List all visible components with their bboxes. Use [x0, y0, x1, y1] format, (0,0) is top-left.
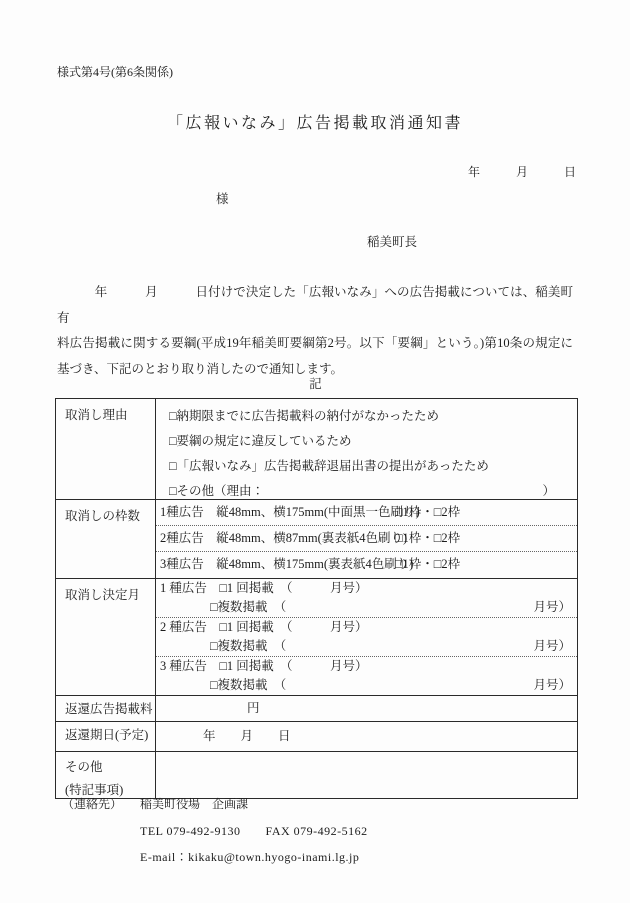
- ki-heading: 記: [55, 374, 576, 392]
- frame-spec: 3種広告 縦48mm、横175mm(裏表紙4色刷り): [160, 557, 413, 571]
- contact-label: （連絡先）: [62, 795, 122, 812]
- contact-office: 稲美町役場 企画課: [140, 795, 248, 812]
- frame-count-checkboxes: □1枠・□2枠: [395, 526, 460, 551]
- row-label-decision-month: 取消し決定月: [56, 579, 156, 695]
- body-line: 料広告掲載に関する要綱(平成19年稲美町要綱第2号。以下「要綱」という。)第10…: [57, 331, 573, 357]
- page-title: 「広報いなみ」広告掲載取消通知書: [0, 110, 630, 133]
- table-row-other: その他 (特記事項): [56, 751, 577, 798]
- single-run-line: 1 種広告 □1 回掲載 （ 月号）: [160, 579, 577, 598]
- multi-run-label: □複数掲載 （: [210, 598, 286, 617]
- frame-item-type2: 2種広告 縦48mm、横87mm(裏表紙4色刷り) □1枠・□2枠: [156, 526, 577, 552]
- contact-tel-fax: TEL 079-492-9130 FAX 079-492-5162: [140, 822, 368, 839]
- month-group-type1: 1 種広告 □1 回掲載 （ 月号） □複数掲載 （ 月号）: [156, 579, 577, 618]
- frame-spec: 1種広告 縦48mm、横175mm(中面黒一色刷り): [160, 505, 420, 519]
- reason-options: □納期限までに広告掲載料の納付がなかったため □要綱の規定に違反しているため □…: [156, 399, 577, 499]
- table-row-frames: 取消しの枠数 1種広告 縦48mm、横175mm(中面黒一色刷り) □1枠・□2…: [56, 499, 577, 578]
- multi-run-line: □複数掲載 （ 月号）: [160, 676, 577, 695]
- multi-run-label: □複数掲載 （: [210, 637, 286, 656]
- row-label-refund-date: 返還期日(予定): [56, 722, 156, 751]
- frame-count-checkboxes: □1枠・□2枠: [395, 552, 460, 577]
- other-value: [156, 752, 577, 798]
- contact-email: E-mail：kikaku@town.hyogo-inami.lg.jp: [140, 848, 359, 865]
- date-blank-line: 年 月 日: [468, 163, 576, 180]
- sender-name: 稲美町長: [367, 232, 417, 250]
- row-label-other: その他 (特記事項): [56, 752, 156, 798]
- table-row-refund-fee: 返還広告掲載料 円: [56, 695, 577, 721]
- refund-fee-value: 円: [156, 696, 577, 721]
- contact-footer: （連絡先） 稲美町役場 企画課 TEL 079-492-9130 FAX 079…: [0, 795, 630, 875]
- frame-item-type3: 3種広告 縦48mm、横175mm(裏表紙4色刷り) □1枠・□2枠: [156, 552, 577, 578]
- checkbox-option-violation: □要綱の規定に違反しているため: [169, 429, 577, 454]
- month-group-type2: 2 種広告 □1 回掲載 （ 月号） □複数掲載 （ 月号）: [156, 618, 577, 657]
- decision-month-list: 1 種広告 □1 回掲載 （ 月号） □複数掲載 （ 月号） 2 種広告 □1 …: [156, 579, 577, 695]
- multi-run-label: □複数掲載 （: [210, 676, 286, 695]
- single-run-line: 2 種広告 □1 回掲載 （ 月号）: [160, 618, 577, 637]
- refund-date-value: 年 月 日: [156, 722, 577, 751]
- multi-run-line: □複数掲載 （ 月号）: [160, 598, 577, 617]
- multi-run-line: □複数掲載 （ 月号）: [160, 637, 577, 656]
- multi-run-close: 月号）: [533, 637, 571, 656]
- table-row-refund-date: 返還期日(予定) 年 月 日: [56, 721, 577, 751]
- multi-run-close: 月号）: [533, 676, 571, 695]
- frame-spec: 2種広告 縦48mm、横87mm(裏表紙4色刷り): [160, 531, 407, 545]
- document-page: 様式第4号(第6条関係) 「広報いなみ」広告掲載取消通知書 年 月 日 様 稲美…: [0, 0, 630, 903]
- row-label-frames: 取消しの枠数: [56, 500, 156, 578]
- checkbox-option-withdrawal: □「広報いなみ」広告掲載辞退届出書の提出があったため: [169, 454, 577, 479]
- checkbox-option-payment: □納期限までに広告掲載料の納付がなかったため: [169, 404, 577, 429]
- single-run-line: 3 種広告 □1 回掲載 （ 月号）: [160, 657, 577, 676]
- body-line: 年 月 日付けで決定した「広報いなみ」への広告掲載については、稲美町有: [57, 280, 573, 331]
- row-label-reason: 取消し理由: [56, 399, 156, 499]
- row-label-refund-fee: 返還広告掲載料: [56, 696, 156, 721]
- multi-run-close: 月号）: [533, 598, 571, 617]
- body-paragraph: 年 月 日付けで決定した「広報いなみ」への広告掲載については、稲美町有 料広告掲…: [57, 280, 573, 382]
- form-number: 様式第4号(第6条関係): [57, 63, 173, 80]
- frames-list: 1種広告 縦48mm、横175mm(中面黒一色刷り) □1枠・□2枠 2種広告 …: [156, 500, 577, 578]
- table-row-reason: 取消し理由 □納期限までに広告掲載料の納付がなかったため □要綱の規定に違反して…: [56, 399, 577, 499]
- cancellation-table: 取消し理由 □納期限までに広告掲載料の納付がなかったため □要綱の規定に違反して…: [55, 398, 578, 799]
- table-row-decision-month: 取消し決定月 1 種広告 □1 回掲載 （ 月号） □複数掲載 （ 月号） 2 …: [56, 578, 577, 695]
- other-label-line1: その他: [65, 756, 155, 779]
- month-group-type3: 3 種広告 □1 回掲載 （ 月号） □複数掲載 （ 月号）: [156, 657, 577, 695]
- frame-count-checkboxes: □1枠・□2枠: [395, 500, 460, 525]
- addressee-suffix: 様: [216, 189, 229, 207]
- frame-item-type1: 1種広告 縦48mm、横175mm(中面黒一色刷り) □1枠・□2枠: [156, 500, 577, 526]
